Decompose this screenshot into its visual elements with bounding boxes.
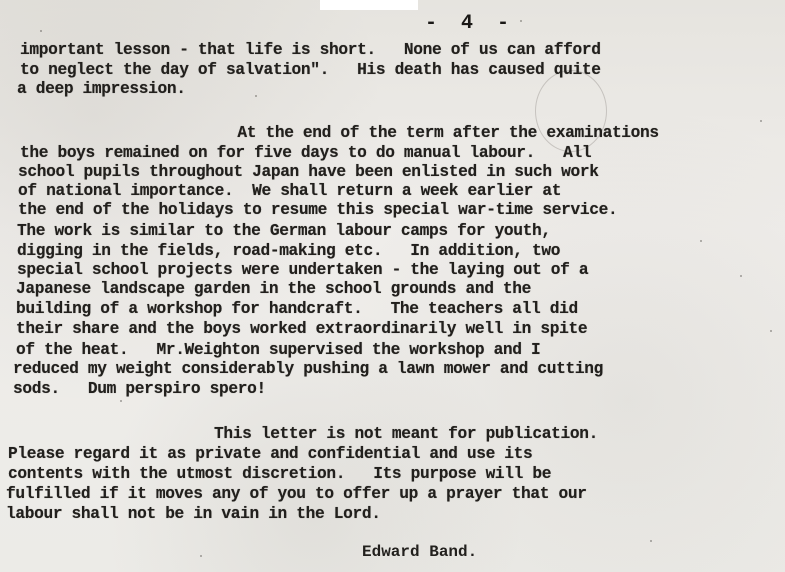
text-line: Japanese landscape garden in the school … bbox=[16, 280, 531, 299]
text-line: building of a workshop for handcraft. Th… bbox=[16, 300, 578, 319]
text-line: the boys remained on for five days to do… bbox=[20, 144, 591, 163]
text-line: a deep impression. bbox=[17, 80, 186, 99]
scan-speck bbox=[520, 20, 522, 22]
scan-speck bbox=[700, 240, 702, 242]
page-number: - 4 - bbox=[425, 12, 515, 35]
scan-speck bbox=[740, 275, 742, 277]
text-line: reduced my weight considerably pushing a… bbox=[13, 360, 603, 379]
text-line: of national importance. We shall return … bbox=[18, 182, 561, 201]
text-line: At the end of the term after the examina… bbox=[22, 124, 659, 143]
scan-speck bbox=[120, 400, 122, 402]
scan-speck bbox=[255, 95, 257, 97]
scanned-letter-page: - 4 - important lesson - that life is sh… bbox=[0, 0, 785, 572]
scan-speck bbox=[760, 120, 762, 122]
scan-speck bbox=[200, 555, 202, 557]
signature: Edward Band. bbox=[362, 543, 477, 561]
scan-speck bbox=[40, 30, 42, 32]
text-line: This letter is not meant for publication… bbox=[8, 425, 598, 444]
scan-speck bbox=[650, 540, 652, 542]
text-line: Please regard it as private and confiden… bbox=[8, 445, 532, 464]
text-line: their share and the boys worked extraord… bbox=[16, 320, 587, 339]
text-line: fulfilled if it moves any of you to offe… bbox=[6, 485, 587, 504]
white-patch bbox=[320, 0, 418, 10]
text-line: of the heat. Mr.Weighton supervised the … bbox=[16, 341, 540, 360]
text-line: contents with the utmost discretion. Its… bbox=[8, 465, 551, 484]
text-line: important lesson - that life is short. N… bbox=[20, 41, 601, 60]
text-line: labour shall not be in vain in the Lord. bbox=[6, 505, 381, 524]
text-line: special school projects were undertaken … bbox=[17, 261, 588, 280]
text-line: sods. Dum perspiro spero! bbox=[13, 380, 266, 399]
text-line: school pupils throughout Japan have been… bbox=[18, 163, 599, 182]
text-line: The work is similar to the German labour… bbox=[17, 222, 551, 241]
text-line: digging in the fields, road-making etc. … bbox=[17, 242, 560, 261]
scan-speck bbox=[770, 330, 772, 332]
text-line: the end of the holidays to resume this s… bbox=[18, 201, 617, 220]
text-line: to neglect the day of salvation". His de… bbox=[20, 61, 601, 80]
